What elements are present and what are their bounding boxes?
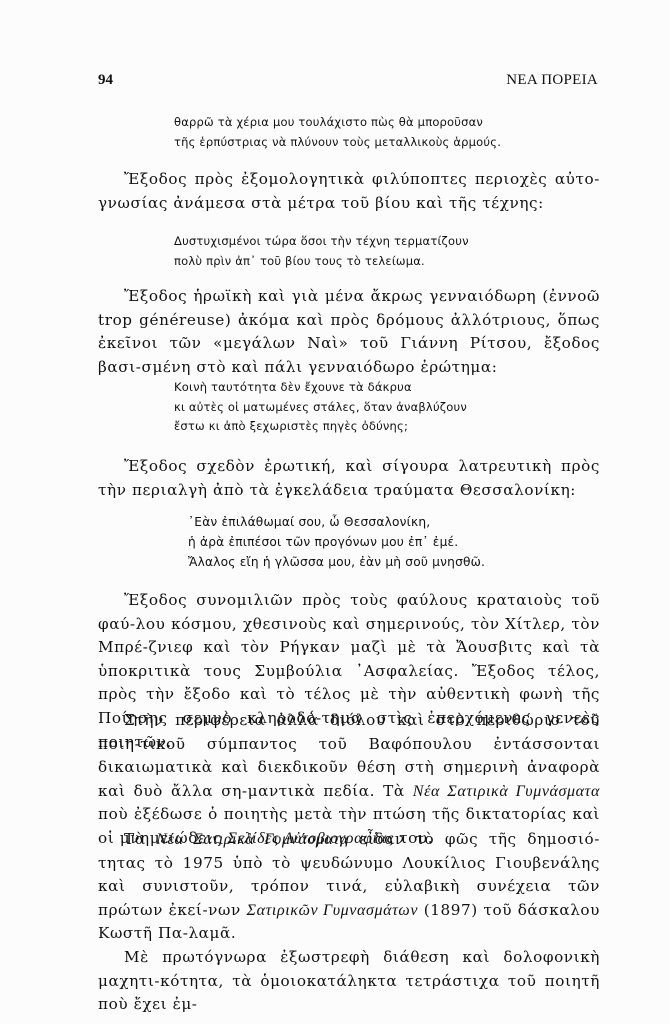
book-title: Σατιρικῶν Γυμνασμάτων xyxy=(246,902,418,919)
verse-line: θαρρῶ τὰ χέρια μου τουλάχιστο πὼς θὰ μπο… xyxy=(174,113,600,133)
paragraph-text: Τὰ Νέα Σατιρικὰ Γυμνάσματα εἶδαν τὸ φῶς … xyxy=(98,828,600,946)
text-run: Τὰ xyxy=(124,830,156,848)
verse-line: πολὺ πρὶν ἀπ᾿ τοῦ βίου τους τὸ τελείωμα. xyxy=(174,252,600,272)
paragraph-3: Ἔξοδος σχεδὸν ἐρωτική, καὶ σίγουρα λατρε… xyxy=(98,455,600,502)
verse-line: ᾿Εὰν ἐπιλάθωμαί σου, ὦ Θεσσαλονίκη, xyxy=(188,513,600,533)
paragraph-text: Ἔξοδος πρὸς ἐξομολογητικὰ φιλύποπτες περ… xyxy=(98,168,600,215)
verse-line: Κοινὴ ταυτότητα δὲν ἔχουνε τὰ δάκρυα xyxy=(174,378,600,398)
page-header: 94 ΝΕΑ ΠΟΡΕΙΑ xyxy=(98,72,598,92)
paragraph-text: Ἔξοδος ἡρωϊκὴ καὶ γιὰ μένα ἄκρως γενναιό… xyxy=(98,285,600,379)
book-title: Νέα Σατιρικὰ Γυμνάσματα xyxy=(156,831,348,848)
verse-quote-1: θαρρῶ τὰ χέρια μου τουλάχιστο πὼς θὰ μπο… xyxy=(98,113,600,152)
book-title: Νέα Σατιρικὰ Γυμνάσματα xyxy=(413,783,600,800)
verse-quote-4: ᾿Εὰν ἐπιλάθωμαί σου, ὦ Θεσσαλονίκη, ἡ ἀρ… xyxy=(98,513,600,572)
verse-line: Ἄλαλος εἴη ἡ γλῶσσα μου, ἐὰν μὴ σοῦ μνησ… xyxy=(188,553,600,573)
paragraph-text: Μὲ πρωτόγνωρα ἐξωστρεφὴ διάθεση καὶ δολο… xyxy=(98,946,600,1017)
paragraph-text: Ἔξοδος σχεδὸν ἐρωτική, καὶ σίγουρα λατρε… xyxy=(98,455,600,502)
verse-line: ἔστω κι ἀπὸ ξεχωριστὲς πηγὲς ὀδύνης; xyxy=(174,417,600,437)
paragraph-1: Ἔξοδος πρὸς ἐξομολογητικὰ φιλύποπτες περ… xyxy=(98,168,600,215)
running-title: ΝΕΑ ΠΟΡΕΙΑ xyxy=(506,72,598,89)
verse-quote-2: Δυστυχισμένοι τώρα ὅσοι τὴν τέχνη τερματ… xyxy=(98,232,600,271)
verse-line: τῆς ἑρπύστριας νὰ πλύνουν τοὺς μεταλλικο… xyxy=(174,133,600,153)
paragraph-2: Ἔξοδος ἡρωϊκὴ καὶ γιὰ μένα ἄκρως γενναιό… xyxy=(98,285,600,379)
page-number: 94 xyxy=(98,72,113,89)
verse-line: κι αὐτὲς οἱ ματωμένες στάλες, ὅταν ἀναβλ… xyxy=(174,398,600,418)
book-page: 94 ΝΕΑ ΠΟΡΕΙΑ θαρρῶ τὰ χέρια μου τουλάχι… xyxy=(0,0,670,1024)
verse-line: ἡ ἀρὰ ἐπιπέσοι τῶν προγόνων μου ἐπ᾿ ἐμέ. xyxy=(188,533,600,553)
text-run: Μὲ πρωτόγνωρα ἐξωστρεφὴ διάθεση καὶ δολο… xyxy=(98,948,600,1013)
paragraph-6: Τὰ Νέα Σατιρικὰ Γυμνάσματα εἶδαν τὸ φῶς … xyxy=(98,828,600,946)
verse-line: Δυστυχισμένοι τώρα ὅσοι τὴν τέχνη τερματ… xyxy=(174,232,600,252)
verse-quote-3: Κοινὴ ταυτότητα δὲν ἔχουνε τὰ δάκρυα κι … xyxy=(98,378,600,437)
paragraph-7: Μὲ πρωτόγνωρα ἐξωστρεφὴ διάθεση καὶ δολο… xyxy=(98,946,600,1017)
